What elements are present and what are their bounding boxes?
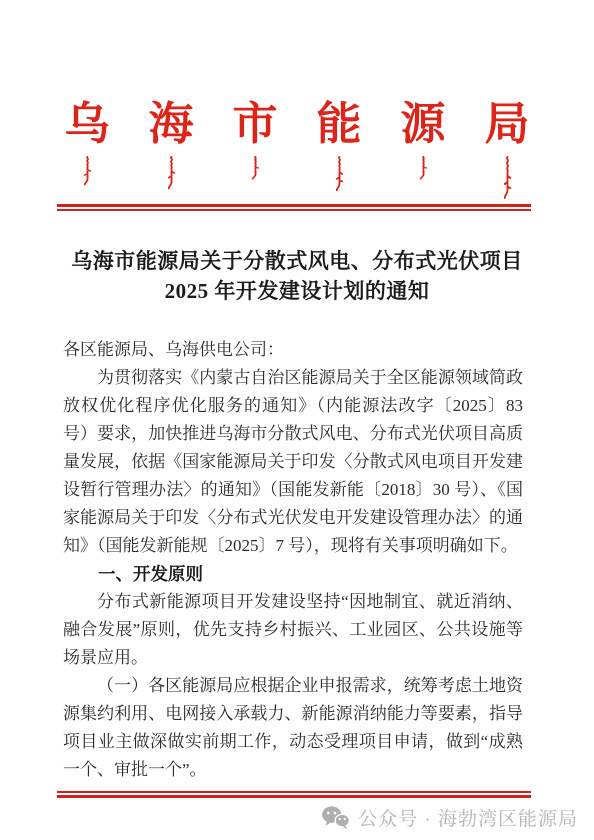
mongolian-script-icon [334,156,345,192]
salutation: 各区能源局、乌海供电公司： [63,336,523,364]
paragraph-background: 为贯彻落实《内蒙古自治区能源局关于全区能源领域简政放权优化程序优化服务的通知》（… [63,364,523,560]
document-body: 各区能源局、乌海供电公司： 为贯彻落实《内蒙古自治区能源局关于全区能源领域简政放… [63,336,523,784]
letterhead-character: 市 [232,100,277,148]
wechat-account-label: 公众号 · 海勃湾区能源局 [358,804,578,831]
mongolian-script-icon [166,156,177,190]
mongolian-script-icon [250,156,261,180]
document-title-line1: 乌海市能源局关于分散式风电、分布式光伏项目 [40,246,554,276]
letterhead-char-group: 乌 [62,100,112,186]
document-title-line2: 2025 年开发建设计划的通知 [40,276,554,306]
letterhead-char-group: 源 [398,100,448,180]
letterhead-character: 源 [400,100,445,148]
mongolian-script-icon [502,156,513,200]
document-title: 乌海市能源局关于分散式风电、分布式光伏项目 2025 年开发建设计划的通知 [40,246,554,306]
letterhead-char-group: 海 [146,100,196,190]
letterhead: 乌 海 市 能 [62,100,532,200]
letterhead-character: 局 [484,100,529,148]
letterhead-char-group: 市 [230,100,280,180]
wechat-watermark: 公众号 · 海勃湾区能源局 [321,804,578,831]
paragraph-item-one: （一）各区能源局应根据企业申报需求，统筹考虑土地资源集约利用、电网接入承载力、新… [63,672,523,784]
mongolian-script-icon [82,156,93,186]
paragraph-principles: 分布式新能源项目开发建设坚持“因地制宜、就近消纳、融合发展”原则，优先支持乡村振… [63,588,523,672]
letterhead-divider-rule [57,204,531,211]
letterhead-character: 能 [316,100,361,148]
letterhead-character: 海 [148,100,193,148]
footer-divider-rule [57,791,531,798]
document-page: 乌 海 市 能 [0,0,594,840]
letterhead-char-group: 局 [482,100,532,200]
wechat-official-account-icon [321,805,350,830]
section-heading-development-principles: 一、开发原则 [63,560,523,588]
letterhead-char-group: 能 [314,100,364,192]
letterhead-character: 乌 [64,100,109,148]
mongolian-script-icon [418,156,429,180]
